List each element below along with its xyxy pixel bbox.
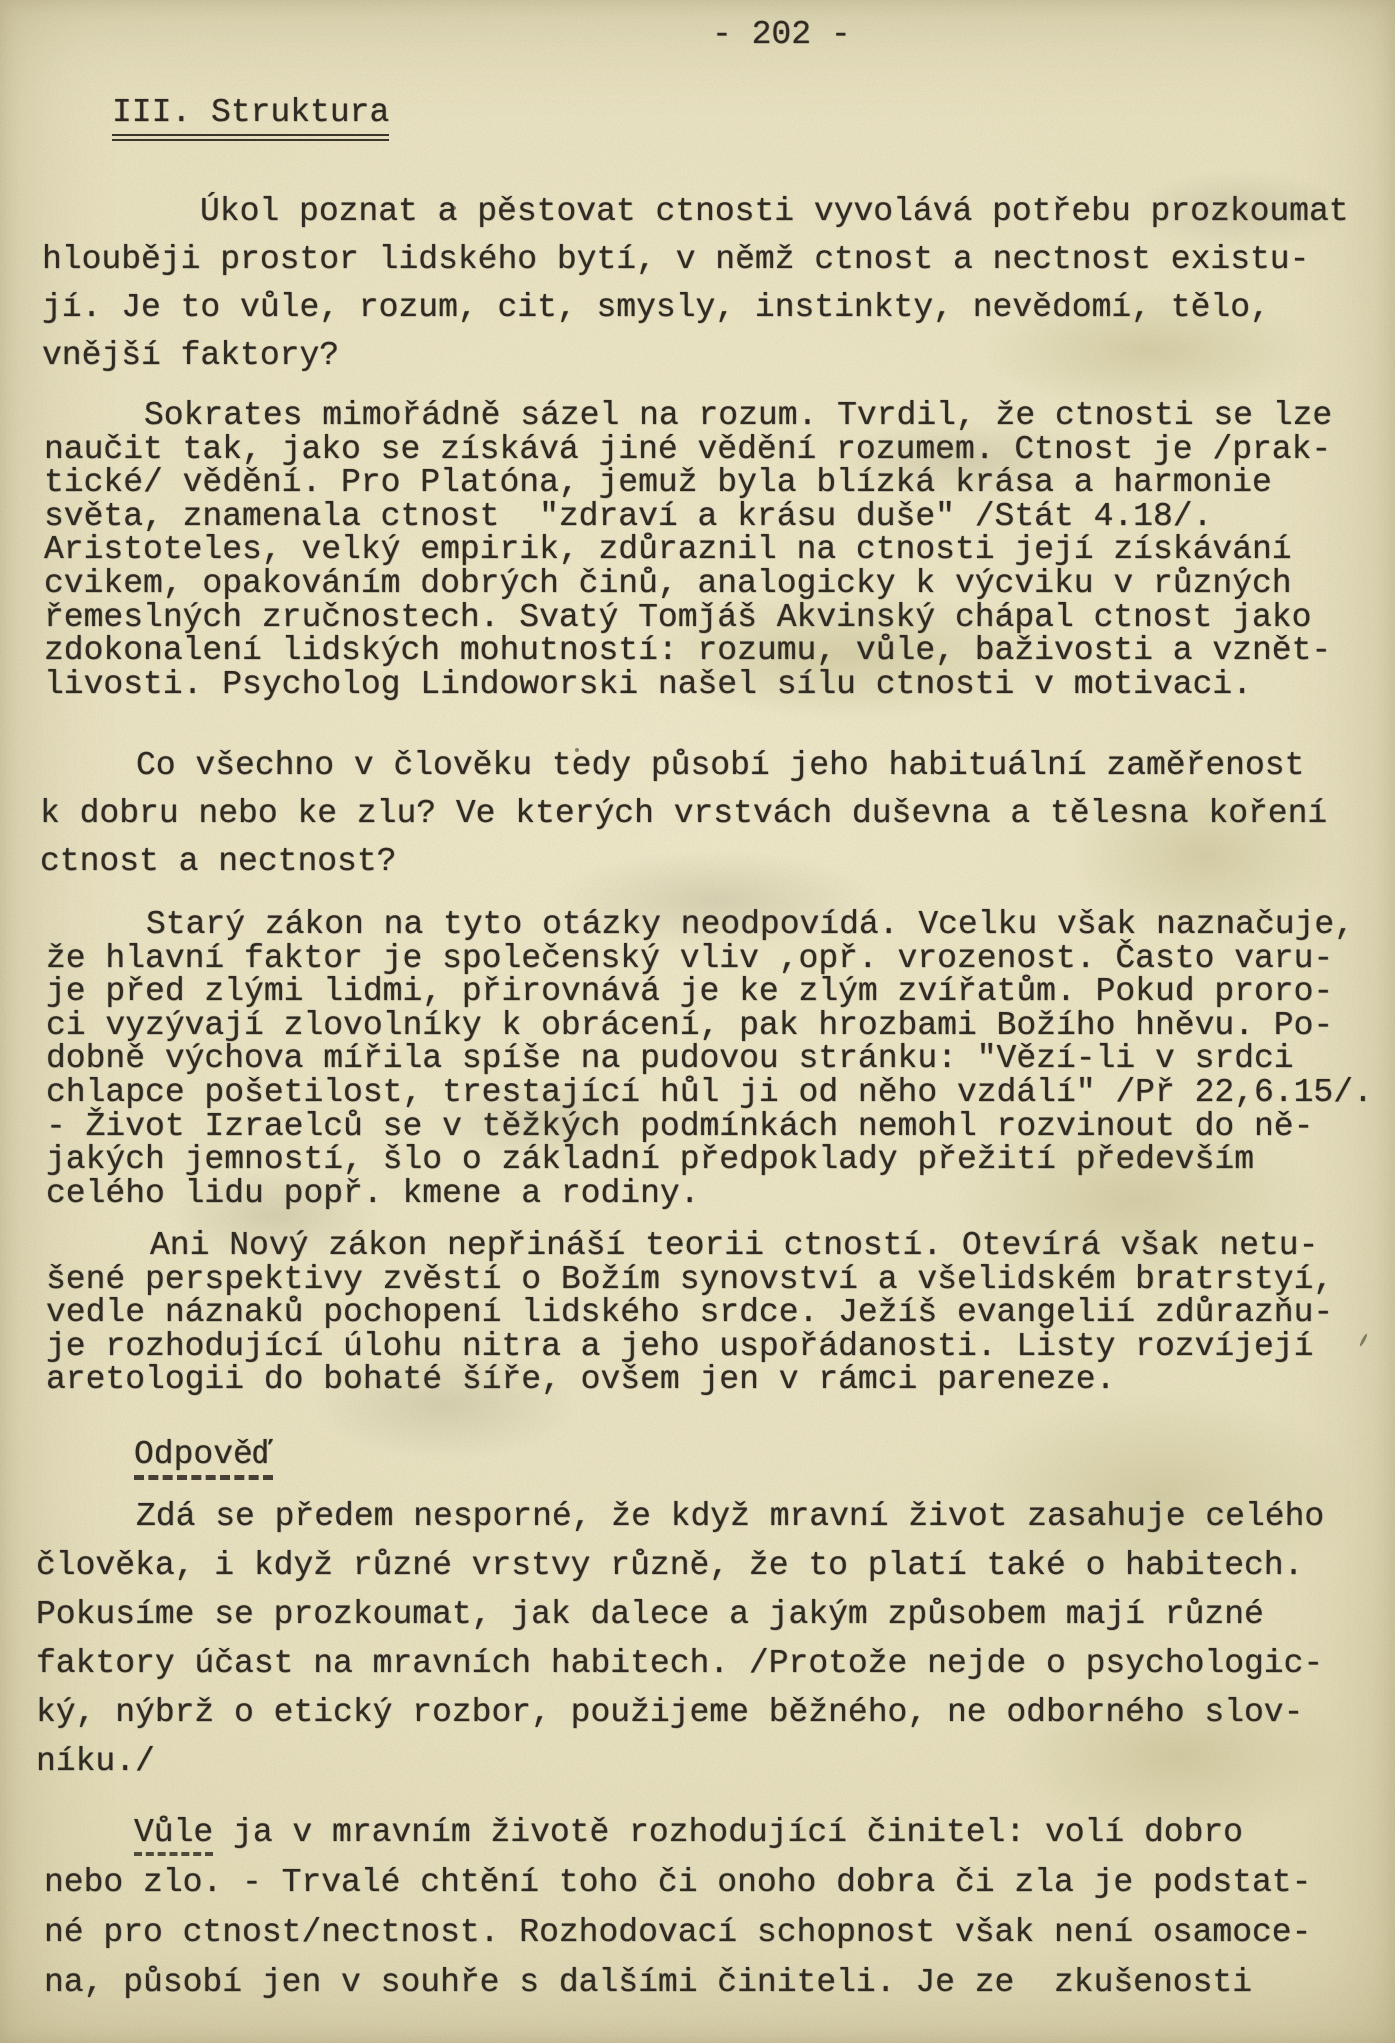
paragraph-novy-zakon: Ani Nový zákon nepřináší teorii ctností.… [46,1229,1333,1397]
paragraph-vule: Vůle ja v mravním životě rozhodující čin… [44,1808,1311,2008]
paragraph-vule-text: ja v mravním životě rozhodující činitel:… [44,1814,1311,2001]
ink-speck [1359,1333,1368,1347]
paragraph-stary-zakon: Starý zákon na tyto otázky neodpovídá. V… [46,908,1373,1210]
paragraph-ukol-poznat: Úkol poznat a pěstovat ctnosti vyvolává … [42,188,1349,380]
section-heading: III. Struktura [112,94,389,141]
underlined-term-vule: Vůle [134,1814,213,1856]
page-number: - 202 - [712,16,851,53]
subheading-odpoved: Odpověď [134,1436,273,1480]
scanned-typewritten-page: - 202 - III. Struktura Úkol poznat a pěs… [0,0,1395,2043]
paragraph-sokrates: Sokrates mimořádně sázel na rozum. Tvrdi… [44,399,1332,701]
paragraph-co-vsechno: Co všechno v člověku tedy působí jeho ha… [40,742,1327,886]
paragraph-zda-se-predem: Zdá se předem nesporné, že když mravní ž… [36,1492,1324,1786]
